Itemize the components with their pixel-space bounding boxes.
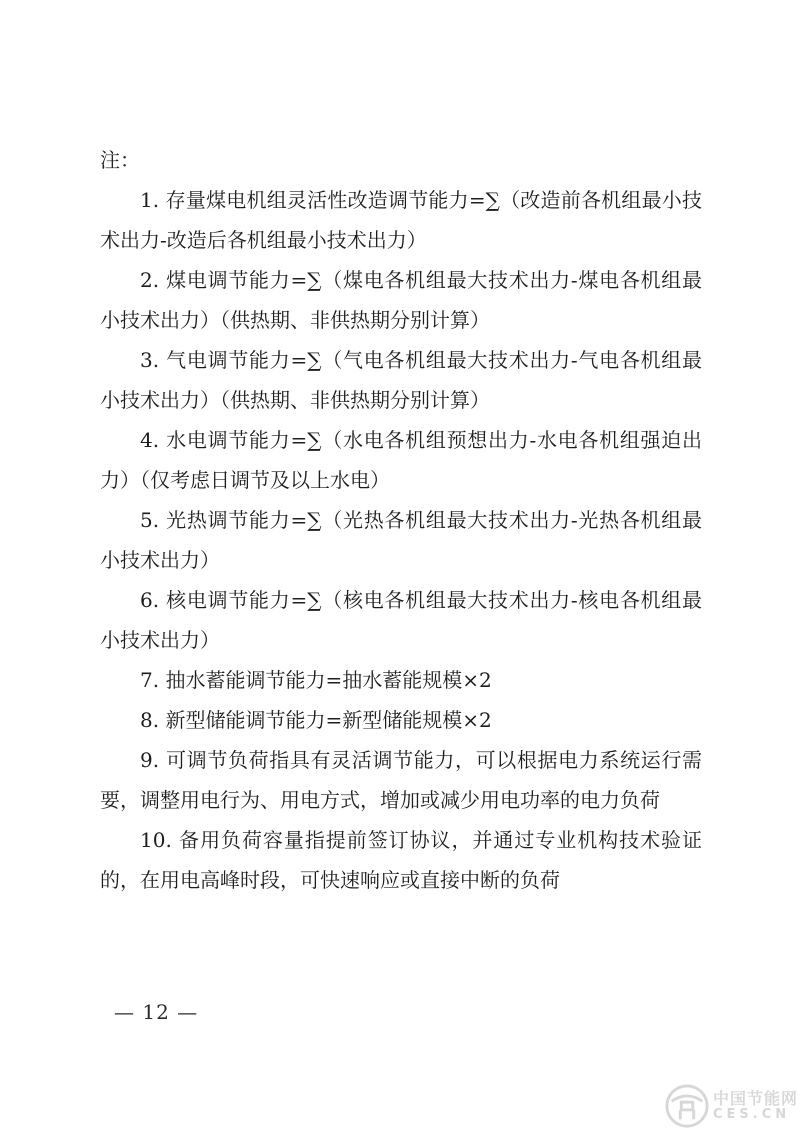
watermark-site-domain: CES.CN [713, 1108, 798, 1122]
watermark-text: 中国节能网 CES.CN [713, 1091, 798, 1121]
note-item-3: 3. 气电调节能力=∑（气电各机组最大技术出力-气电各机组最小技术出力）（供热期… [100, 340, 702, 420]
note-item-10: 10. 备用负荷容量指提前签订协议，并通过专业机构技术验证的，在用电高峰时段，可… [100, 820, 702, 900]
note-item-7: 7. 抽水蓄能调节能力=抽水蓄能规模×2 [100, 660, 702, 700]
ces-logo-icon [664, 1083, 710, 1129]
page-number: — 12 — [114, 1000, 198, 1024]
watermark: 中国节能网 CES.CN [664, 1083, 798, 1129]
note-item-2: 2. 煤电调节能力=∑（煤电各机组最大技术出力-煤电各机组最小技术出力）（供热期… [100, 260, 702, 340]
note-item-4: 4. 水电调节能力=∑（水电各机组预想出力-水电各机组强迫出力）（仅考虑日调节及… [100, 420, 702, 500]
note-item-5: 5. 光热调节能力=∑（光热各机组最大技术出力-光热各机组最小技术出力） [100, 500, 702, 580]
note-item-1: 1. 存量煤电机组灵活性改造调节能力=∑（改造前各机组最小技术出力-改造后各机组… [100, 180, 702, 260]
note-item-6: 6. 核电调节能力=∑（核电各机组最大技术出力-核电各机组最小技术出力） [100, 580, 702, 660]
notes-label: 注： [100, 140, 702, 180]
notes-section: 注： 1. 存量煤电机组灵活性改造调节能力=∑（改造前各机组最小技术出力-改造后… [100, 140, 702, 900]
watermark-site-name: 中国节能网 [713, 1091, 798, 1108]
note-item-9: 9. 可调节负荷指具有灵活调节能力，可以根据电力系统运行需要，调整用电行为、用电… [100, 740, 702, 820]
document-page: 注： 1. 存量煤电机组灵活性改造调节能力=∑（改造前各机组最小技术出力-改造后… [0, 0, 800, 1131]
note-item-8: 8. 新型储能调节能力=新型储能规模×2 [100, 700, 702, 740]
